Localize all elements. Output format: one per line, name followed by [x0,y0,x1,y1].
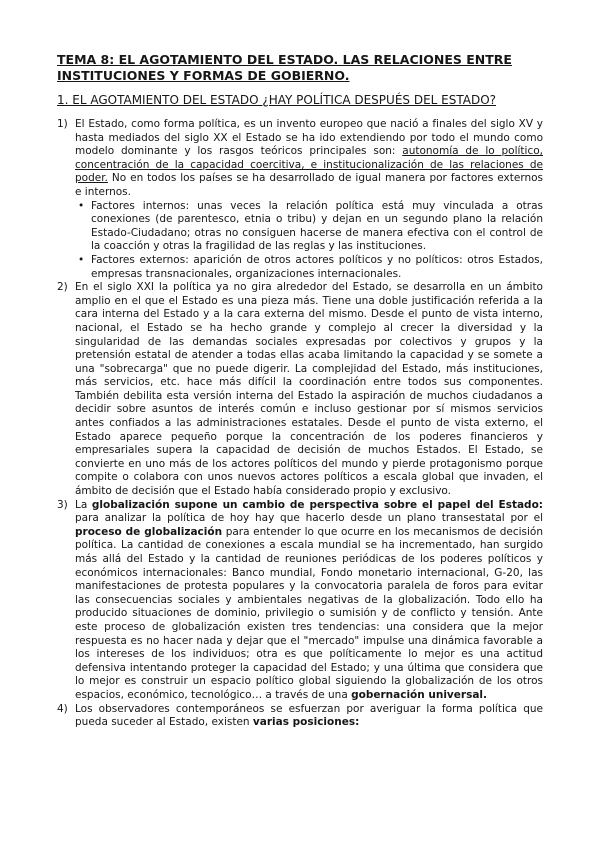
list-item-2: 2) En el siglo XXI la política ya no gir… [57,281,543,499]
list-item-body: El Estado, como forma política, es un in… [75,118,543,281]
paragraph: El Estado, como forma política, es un in… [75,118,543,200]
paragraph: La globalización supone un cambio de per… [75,499,543,703]
text-run-bold: gobernación universal. [351,689,487,701]
paragraph: En el siglo XXI la política ya no gira a… [75,281,543,499]
numbered-list: 1) El Estado, como forma política, es un… [57,118,543,730]
list-item-body: En el siglo XXI la política ya no gira a… [75,281,543,499]
document-title: TEMA 8: EL AGOTAMIENTO DEL ESTADO. LAS R… [57,52,543,84]
bullet-item: • Factores internos: unas veces la relac… [75,200,543,254]
section-heading: 1. EL AGOTAMIENTO DEL ESTADO ¿HAY POLÍTI… [57,93,543,108]
document-page: TEMA 8: EL AGOTAMIENTO DEL ESTADO. LAS R… [0,0,599,848]
list-item-number: 2) [57,281,75,295]
list-item-body: Los observadores contemporáneos se esfue… [75,703,543,730]
list-item-number: 4) [57,703,75,717]
paragraph: Los observadores contemporáneos se esfue… [75,703,543,730]
text-run: No en todos los países se ha desarrollad… [75,172,543,198]
text-run-bold: varias posiciones: [253,716,359,728]
bullet-marker: • [75,200,91,214]
list-item-number: 1) [57,118,75,132]
bullet-text: Factores externos: aparición de otros ac… [91,254,543,281]
list-item-4: 4) Los observadores contemporáneos se es… [57,703,543,730]
bullet-marker: • [75,254,91,268]
text-run: para analizar la política de hoy hay que… [75,512,543,524]
text-run-bold: proceso de globalización [75,526,222,538]
list-item-number: 3) [57,499,75,513]
bullet-text: Factores internos: unas veces la relació… [91,200,543,254]
bullet-list: • Factores internos: unas veces la relac… [75,200,543,282]
text-run-bold: globalización supone un cambio de perspe… [92,499,543,511]
text-run: La [75,499,92,511]
text-run: En el siglo XXI la política ya no gira a… [75,281,543,497]
list-item-1: 1) El Estado, como forma política, es un… [57,118,543,281]
bullet-item: • Factores externos: aparición de otros … [75,254,543,281]
list-item-body: La globalización supone un cambio de per… [75,499,543,703]
text-run: para entender lo que ocurre en los mecan… [75,526,543,701]
list-item-3: 3) La globalización supone un cambio de … [57,499,543,703]
